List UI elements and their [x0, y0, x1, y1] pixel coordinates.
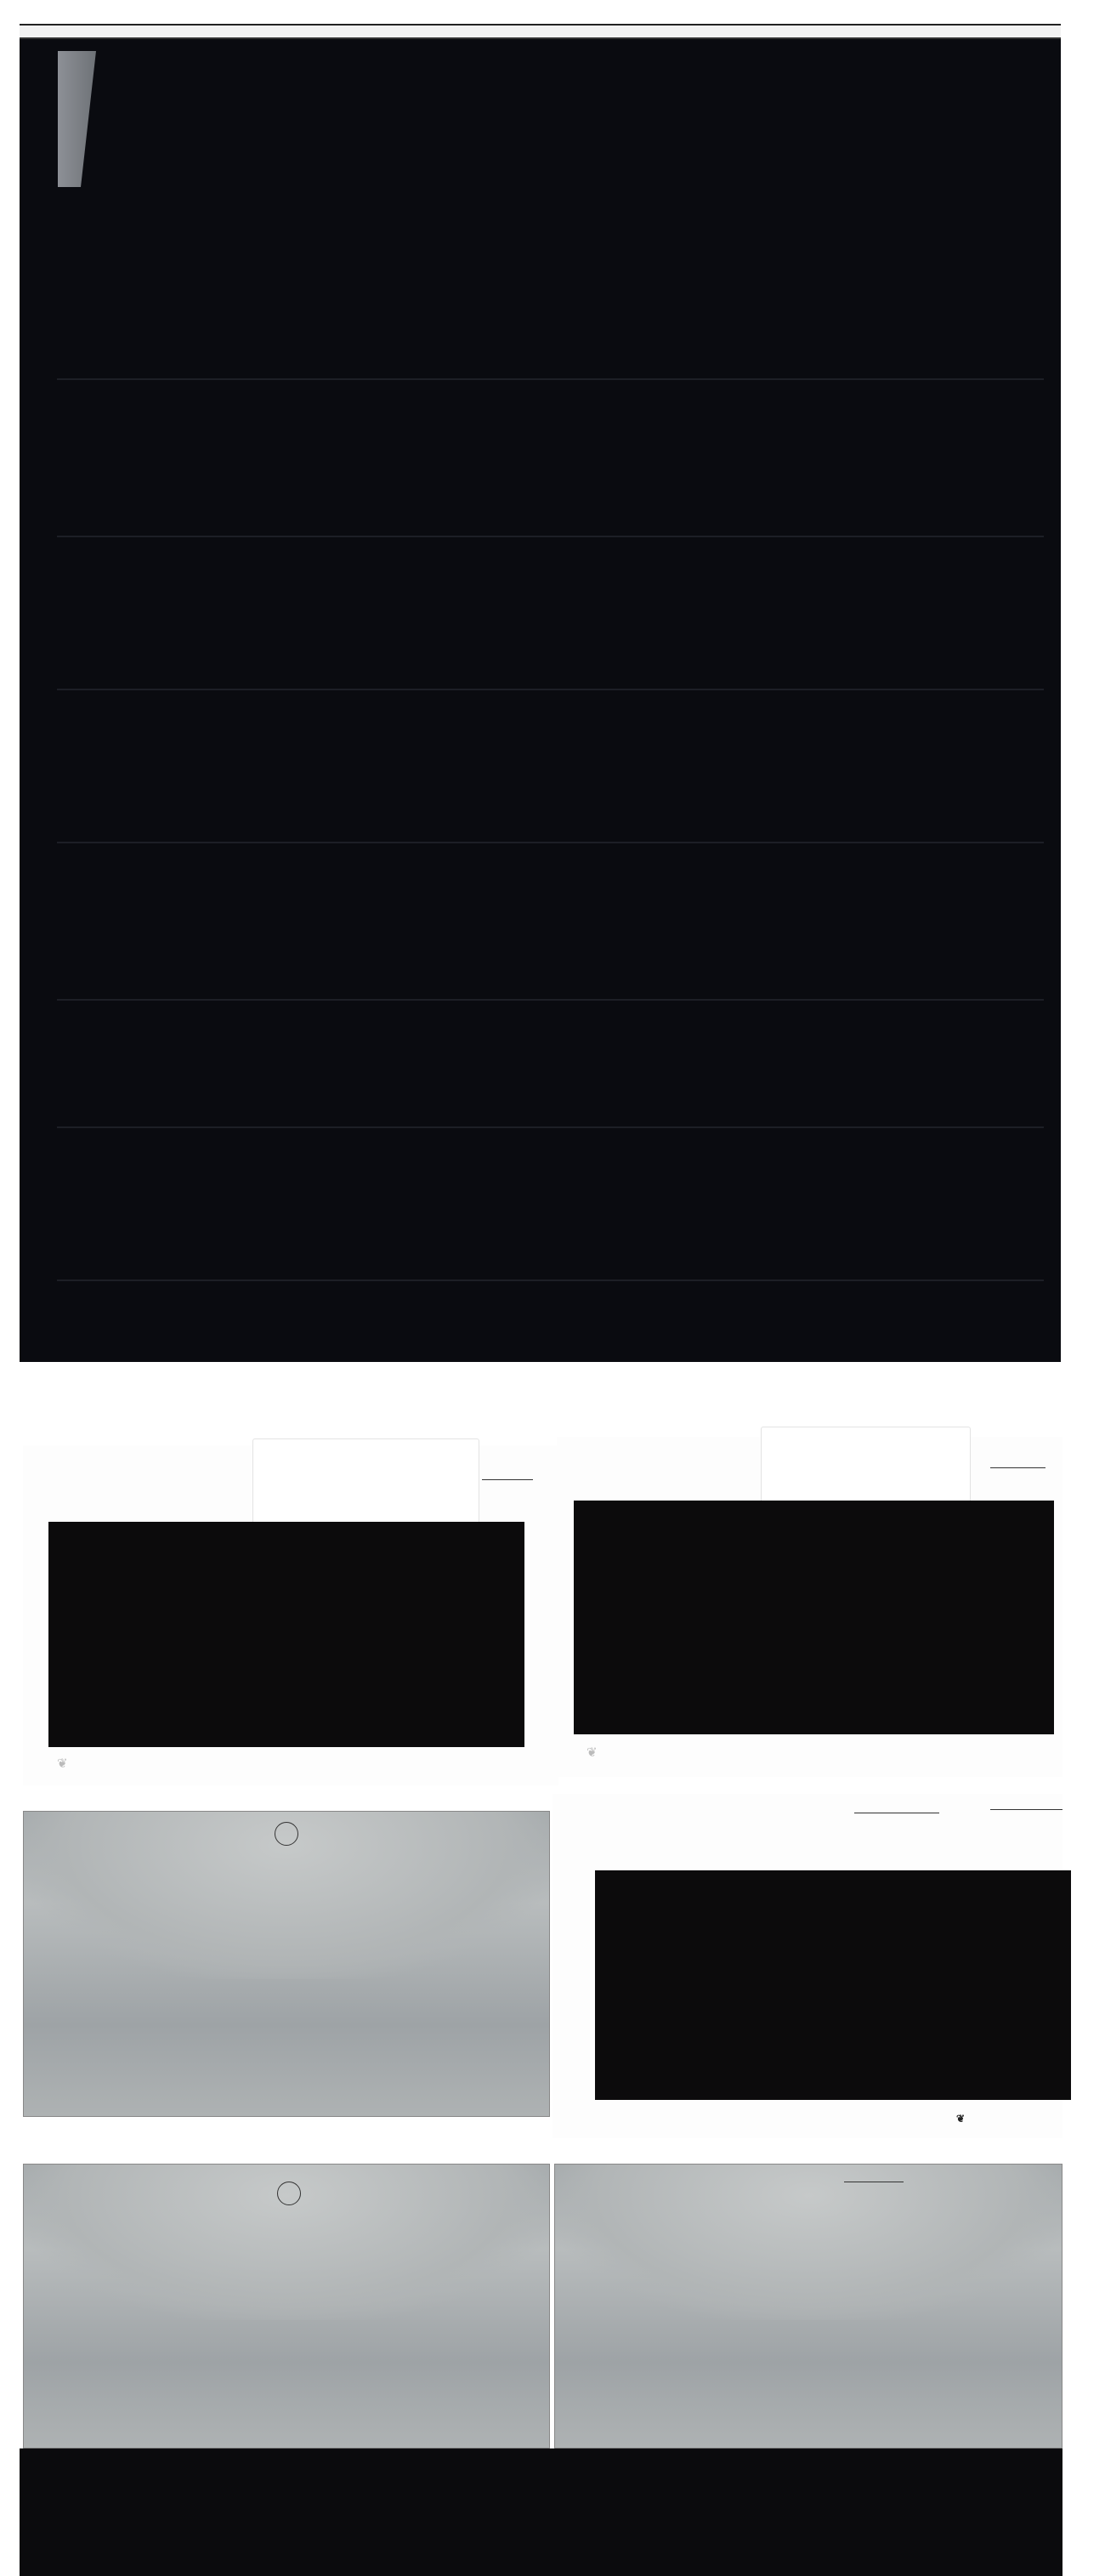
- stockbook-strip-divider: [57, 1279, 1044, 1281]
- envelope-flap: [555, 2165, 1062, 2320]
- item-number: ❦: [956, 2113, 965, 2125]
- stockbook-top-strip: [20, 26, 1061, 39]
- cv-field: [854, 1813, 939, 1813]
- stockbook-strip-divider: [57, 689, 1044, 690]
- glassine-interleaf: [58, 51, 96, 187]
- circled-mark: [275, 1822, 298, 1846]
- catalog-note: [844, 2182, 904, 2182]
- price-label: [252, 1438, 479, 1534]
- stockbook-strip-divider: [57, 842, 1044, 843]
- stock-card-black-strip: [595, 1870, 1071, 2100]
- apple-logo-icon: ❦: [57, 1756, 68, 1771]
- glassine-envelope-1a[interactable]: [23, 1811, 550, 2117]
- circled-mark: [277, 2182, 301, 2205]
- price-field: [990, 1809, 1062, 1810]
- stockbook-strip-divider: [57, 999, 1044, 1001]
- style-number: ❦: [57, 1756, 68, 1771]
- price-underline: [990, 1467, 1045, 1468]
- stockbook-strip-divider: [57, 536, 1044, 537]
- stockbook-strip-divider: [57, 1126, 1044, 1128]
- style-number: ❦: [586, 1745, 598, 1760]
- stock-card-black-strip: [48, 1522, 524, 1747]
- stock-card-memel-26-29[interactable]: ❦: [23, 1445, 558, 1785]
- stock-card-turk-22[interactable]: ❦: [552, 1794, 1062, 2138]
- stockbook-page: [20, 24, 1061, 1362]
- glassine-envelope-7[interactable]: [554, 2164, 1062, 2448]
- stockbook-strip-divider: [57, 378, 1044, 380]
- stock-card-memel-c2-c7[interactable]: ❦: [557, 1437, 1062, 1777]
- stock-card-black-strip: [574, 1501, 1054, 1734]
- stockbook-gap: [20, 1360, 1062, 1428]
- stockbook-bottom: [20, 2448, 1062, 2576]
- apple-logo-icon: ❦: [586, 1745, 598, 1760]
- price-underline: [482, 1479, 533, 1480]
- glassine-envelope-6[interactable]: [23, 2164, 550, 2448]
- apple-logo-icon: ❦: [956, 2113, 965, 2125]
